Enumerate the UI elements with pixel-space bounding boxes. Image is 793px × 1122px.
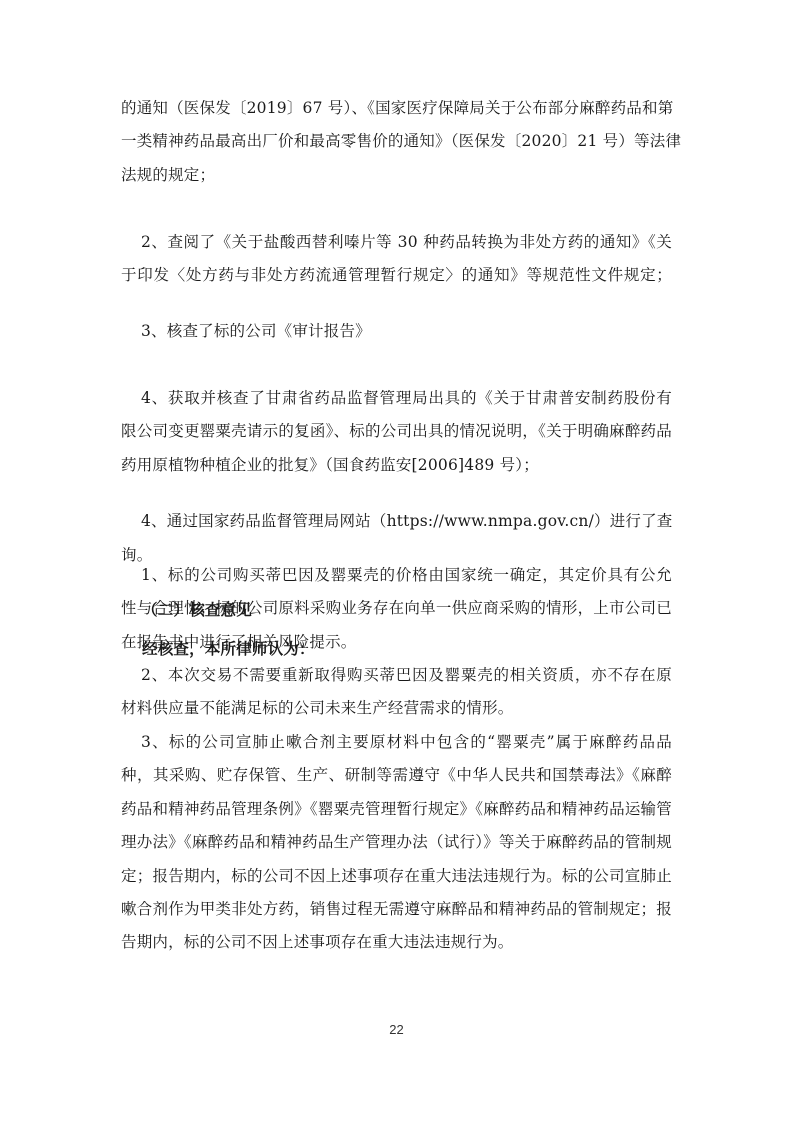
- document-page: 的通知（医保发〔2019〕67 号）、《国家医疗保障局关于公布部分麻醉药品和第一…: [0, 0, 793, 1122]
- text-line: 限公司变更罂粟壳请示的复函》、标的公司出具的情况说明，《关于明确麻醉药品: [121, 420, 672, 442]
- text-line: 药品和精神药品管理条例》《罂粟壳管理暂行规定》《麻醉药品和精神药品运输管: [121, 798, 672, 820]
- text-line: 种，其采购、贮存保管、生产、研制等需遵守《中华人民共和国禁毒法》《麻醉: [121, 764, 672, 786]
- page-number: 22: [0, 1022, 793, 1037]
- text-line: 3、核查了标的公司《审计报告》: [141, 320, 672, 342]
- text-line: 4、获取并核查了甘肃省药品监督管理局出具的《关于甘肃普安制药股份有: [141, 387, 672, 409]
- text-line: 在报告书中进行了相关风险提示。: [121, 631, 672, 653]
- text-line: 性与合理性；标的公司原料采购业务存在向单一供应商采购的情形，上市公司已: [121, 597, 672, 619]
- text-line: 药用原植物种植企业的批复》（国食药监安[2006]489 号）；: [121, 454, 672, 476]
- text-line: 理办法》《麻醉药品和精神药品生产管理办法（试行）》等关于麻醉药品的管制规: [121, 831, 672, 853]
- text-line: 告期内，标的公司不因上述事项存在重大违法违规行为。: [121, 931, 672, 953]
- text-line: 材料供应量不能满足标的公司未来生产经营需求的情形。: [121, 697, 672, 719]
- text-line: 定；报告期内，标的公司不因上述事项存在重大违法违规行为。标的公司宣肺止: [121, 865, 672, 887]
- text-line: 2、本次交易不需要重新取得购买蒂巴因及罂粟壳的相关资质，亦不存在原: [141, 664, 672, 686]
- text-line: 3、标的公司宣肺止嗽合剂主要原材料中包含的“罂粟壳”属于麻醉药品品: [141, 731, 672, 753]
- text-line: 的通知（医保发〔2019〕67 号）、《国家医疗保障局关于公布部分麻醉药品和第: [121, 97, 672, 119]
- text-line: 2、查阅了《关于盐酸西替利嗪片等 30 种药品转换为非处方药的通知》《关: [141, 231, 672, 253]
- text-line: 询。: [121, 544, 672, 566]
- text-line: 于印发〈处方药与非处方药流通管理暂行规定〉的通知》等规范性文件规定；: [121, 264, 672, 286]
- text-line: 1、标的公司购买蒂巴因及罂粟壳的价格由国家统一确定，其定价具有公允: [141, 564, 672, 586]
- text-line: 4、通过国家药品监督管理局网站（https://www.nmpa.gov.cn/…: [141, 510, 672, 532]
- text-line: 一类精神药品最高出厂价和最高零售价的通知》（医保发〔2020〕21 号）等法律: [121, 130, 672, 152]
- text-line: 嗽合剂作为甲类非处方药，销售过程无需遵守麻醉品和精神药品的管制规定；报: [121, 898, 672, 920]
- text-line: 法规的规定；: [121, 164, 672, 186]
